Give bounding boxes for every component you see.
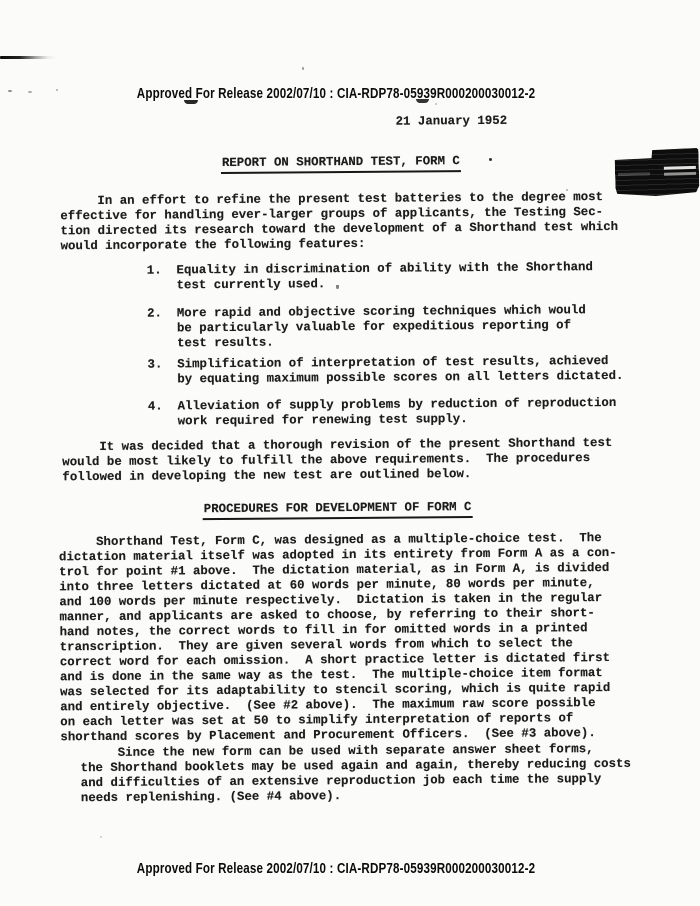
- scan-speck: [489, 158, 492, 161]
- document-title: REPORT ON SHORTHAND TEST, FORM C: [4, 152, 678, 175]
- procedures-section-heading: PROCEDURES FOR DEVELOPMENT OF FORM C: [1, 498, 675, 521]
- scanned-document-page: Approved For Release 2002/07/10 : CIA-RD…: [0, 0, 700, 906]
- feature-item-1: 1. Equality in discrimination of ability…: [147, 260, 593, 294]
- document-date: 21 January 1952: [396, 114, 508, 130]
- scan-speck: [100, 836, 102, 838]
- procedures-paragraph: Shorthand Test, Form C, was designed as …: [59, 531, 618, 745]
- scan-smudge: [416, 99, 429, 103]
- scan-speck: [302, 67, 304, 70]
- release-stamp-footer: Approved For Release 2002/07/10 : CIA-RD…: [137, 861, 535, 877]
- scan-smudge: [184, 100, 198, 104]
- intro-paragraph: In an effort to refine the present test …: [60, 190, 618, 254]
- scan-speck: [566, 189, 568, 191]
- procedures-heading-text: PROCEDURES FOR DEVELOPMENT OF FORM C: [203, 500, 473, 520]
- scan-speck: [56, 89, 58, 91]
- scan-speck: [336, 285, 339, 289]
- decision-paragraph: It was decided that a thorough revision …: [62, 436, 613, 485]
- supply-paragraph: Since the new form can be used with sepa…: [80, 742, 631, 806]
- typewritten-content: 21 January 1952 REPORT ON SHORTHAND TEST…: [0, 0, 700, 906]
- scan-speck: [435, 103, 437, 105]
- document-title-text: REPORT ON SHORTHAND TEST, FORM C: [221, 154, 461, 174]
- scan-speck: [28, 91, 32, 93]
- feature-item-4: 4. Alleviation of supply problems by red…: [148, 396, 617, 430]
- feature-item-3: 3. Simplification of interpretation of t…: [147, 354, 623, 388]
- scan-speck: [8, 90, 12, 92]
- feature-item-2: 2. More rapid and objective scoring tech…: [147, 303, 586, 351]
